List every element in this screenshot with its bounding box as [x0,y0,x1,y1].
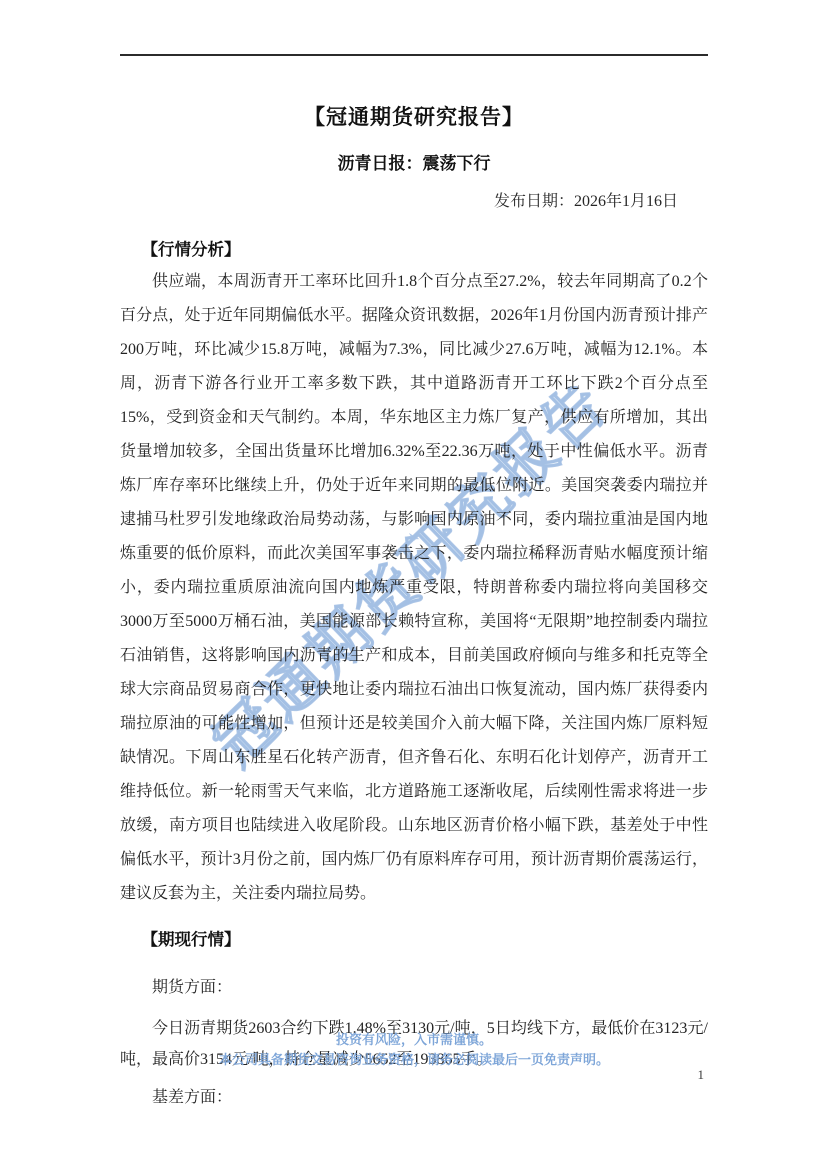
page-footer: 投资有风险，入市需谨慎。 本公司具备期货交易咨询业务资格，请务必阅读最后一页免责… [0,1030,828,1069]
section-heading-analysis: 【行情分析】 [120,238,708,261]
report-content: 【冠通期货研究报告】 沥青日报：震荡下行 发布日期：2026年1月16日 【行情… [120,54,708,1109]
futures-label: 期货方面： [120,976,708,999]
analysis-paragraph: 供应端，本周沥青开工率环比回升1.8个百分点至27.2%，较去年同期高了0.2个… [120,265,708,911]
section-heading-market: 【期现行情】 [120,928,708,951]
report-title: 【冠通期货研究报告】 [120,102,708,132]
page-number: 1 [698,1067,705,1083]
publish-date: 发布日期：2026年1月16日 [120,190,708,213]
basis-label: 基差方面： [120,1086,708,1109]
footer-risk-warning: 投资有风险，入市需谨慎。 [0,1030,828,1050]
report-page: 冠通期货研究报告 【冠通期货研究报告】 沥青日报：震荡下行 发布日期：2026年… [0,0,828,1170]
header-divider-line [120,54,708,56]
report-subtitle: 沥青日报：震荡下行 [120,152,708,176]
